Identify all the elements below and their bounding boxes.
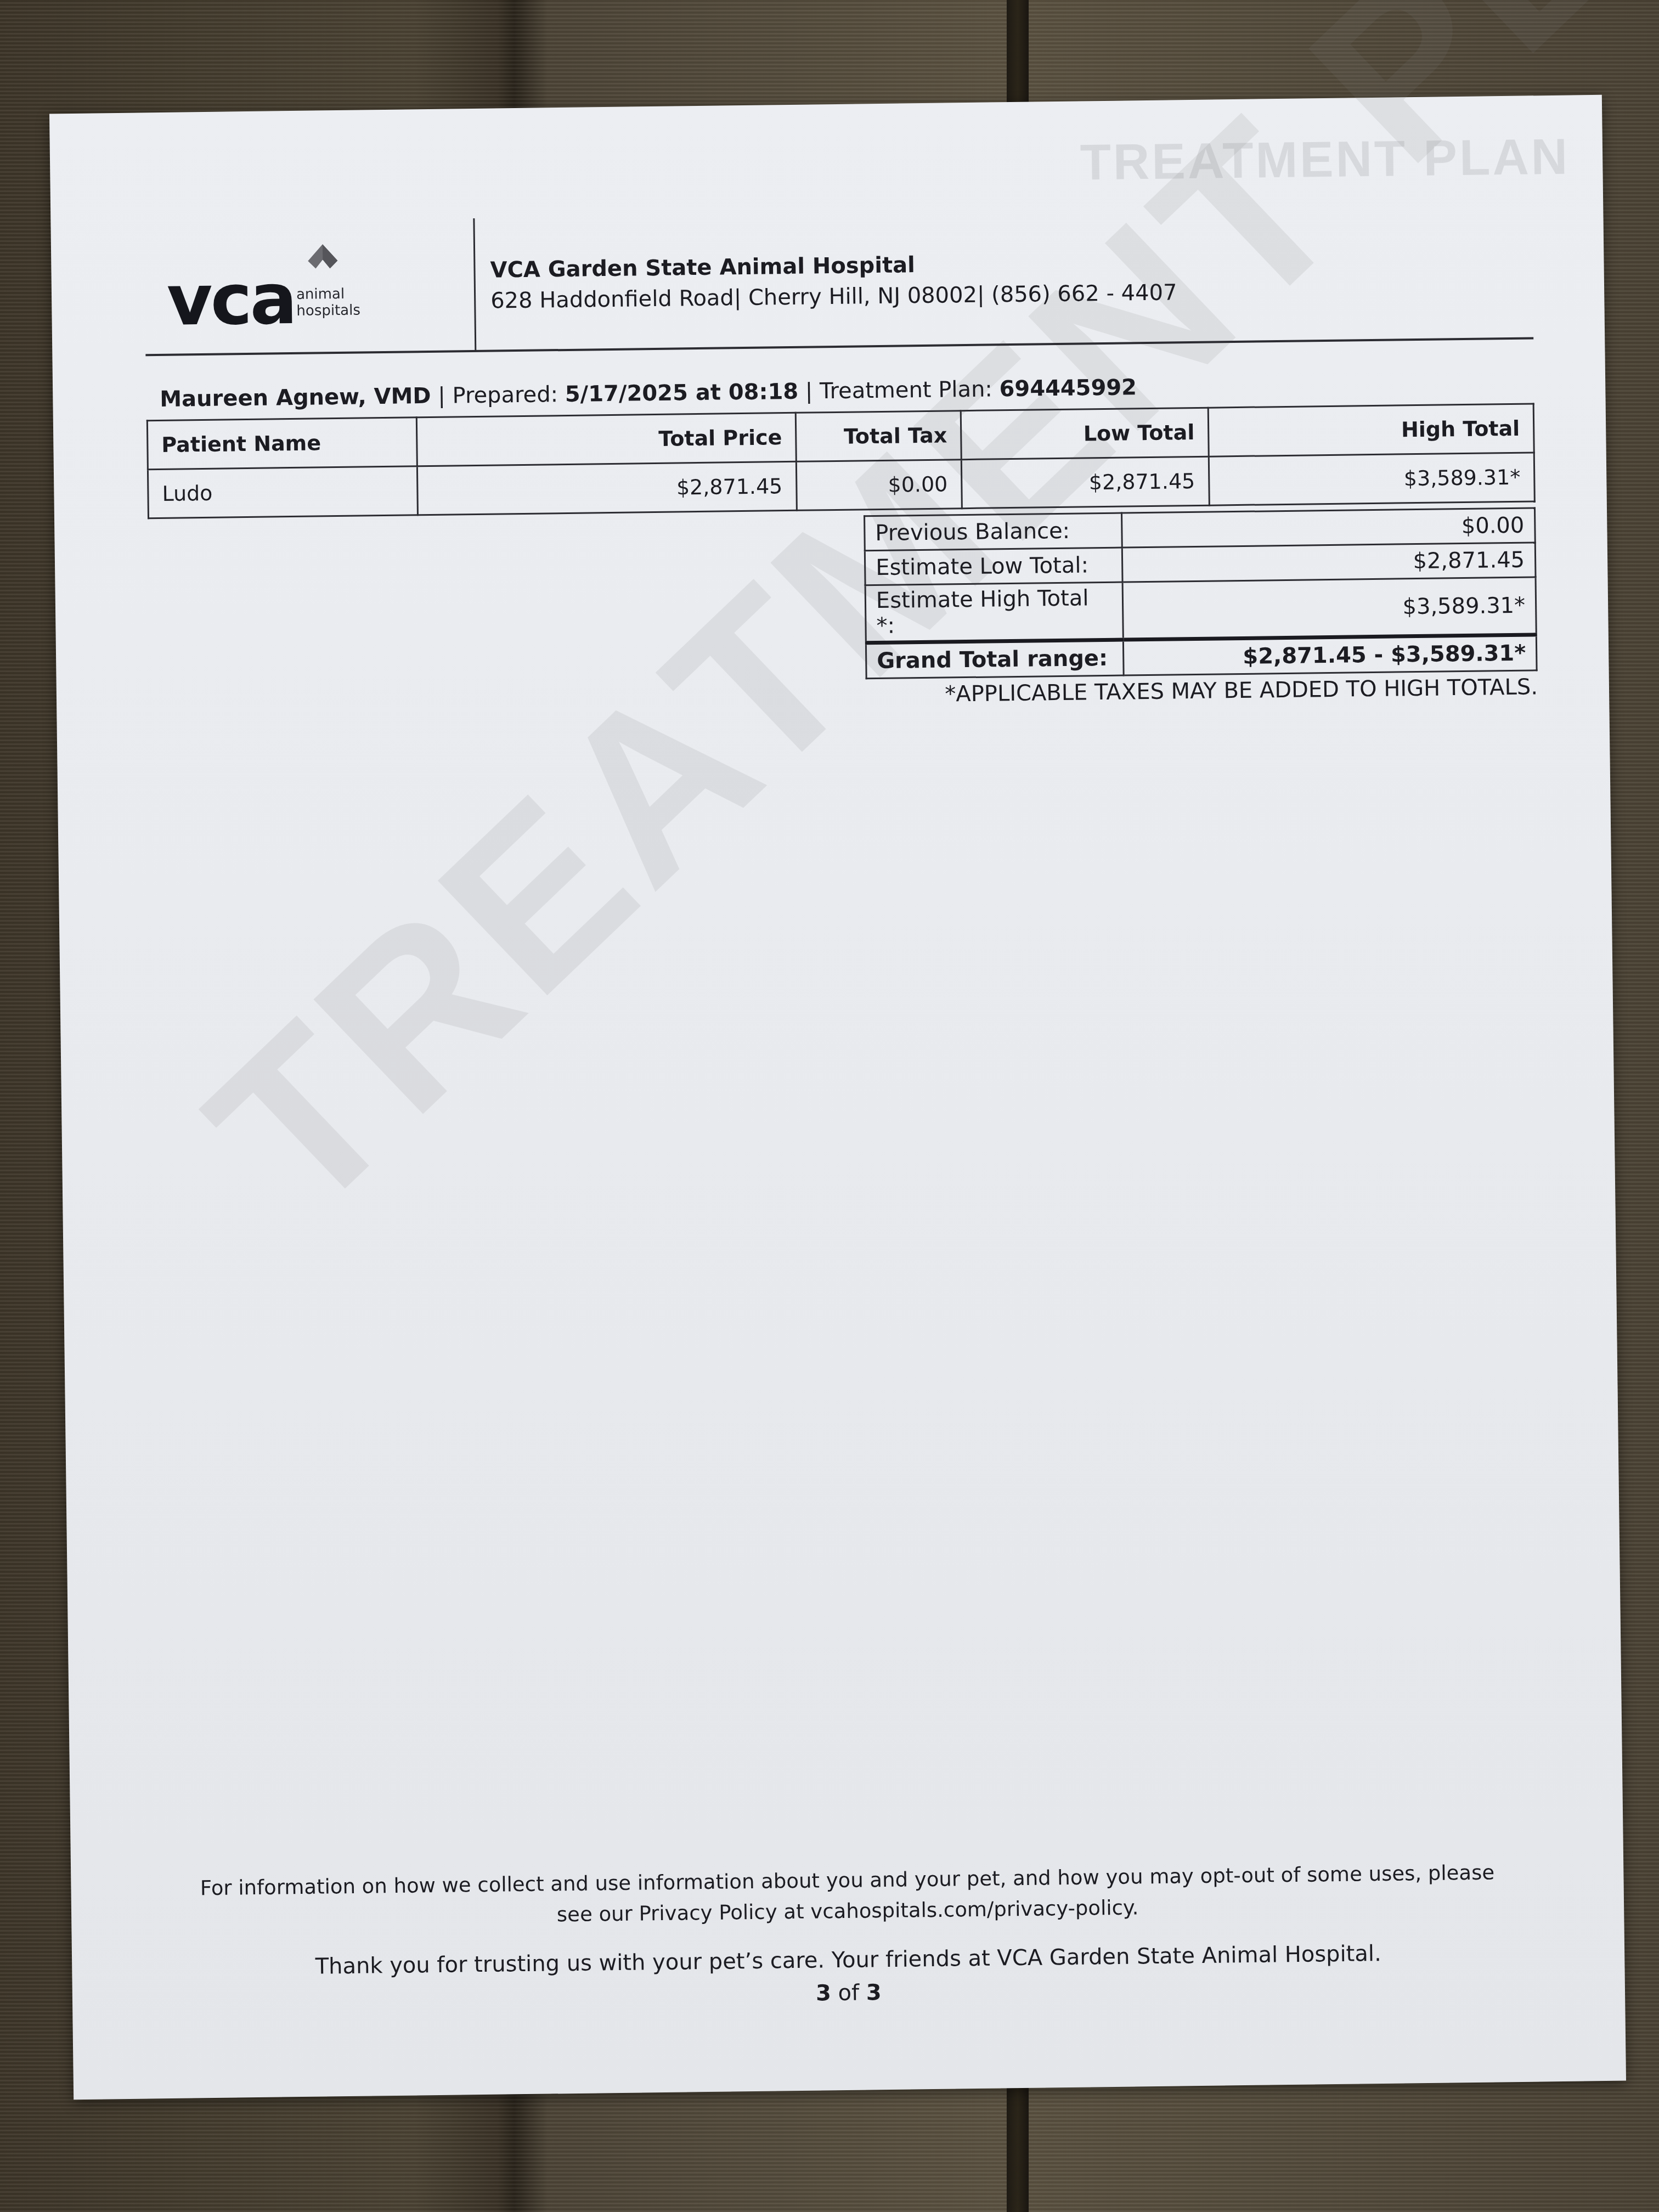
plan-label: | Treatment Plan: bbox=[798, 376, 1000, 404]
cell-total-tax: $0.00 bbox=[796, 460, 962, 511]
col-total-tax: Total Tax bbox=[795, 411, 961, 462]
patient-totals-table: Patient Name Total Price Total Tax Low T… bbox=[146, 403, 1536, 519]
house-roof-icon bbox=[303, 242, 342, 281]
summary-value: $3,589.31* bbox=[1122, 577, 1536, 640]
page-of: of bbox=[831, 1980, 867, 2006]
logo-subtitle: animal hospitals bbox=[296, 286, 360, 319]
logo-line-1: animal bbox=[296, 286, 360, 303]
summary-value: $0.00 bbox=[1122, 508, 1536, 548]
summary-label: Estimate High Total *: bbox=[865, 582, 1123, 643]
cell-total-price: $2,871.45 bbox=[417, 461, 797, 515]
summary-label: Grand Total range: bbox=[866, 640, 1124, 679]
doctor-name: Maureen Agnew, VMD bbox=[160, 383, 431, 412]
summary-table: Previous Balance: $0.00 Estimate Low Tot… bbox=[864, 507, 1538, 679]
col-total-price: Total Price bbox=[416, 413, 796, 466]
privacy-notice: For information on how we collect and us… bbox=[71, 1856, 1624, 1937]
logo-brand: vca bbox=[166, 264, 295, 336]
cell-patient-name: Ludo bbox=[148, 466, 417, 518]
plan-number: 694445992 bbox=[999, 375, 1137, 402]
page-total: 3 bbox=[866, 1980, 882, 2005]
treatment-plan-page: TREATMENT PLAN TREATMENT PLAN vca animal… bbox=[49, 95, 1626, 2100]
col-low-total: Low Total bbox=[961, 408, 1209, 460]
summary-row-grand-total: Grand Total range: $2,871.45 - $3,589.31… bbox=[866, 635, 1537, 679]
cell-low-total: $2,871.45 bbox=[961, 456, 1209, 509]
summary-value: $2,871.45 bbox=[1122, 543, 1536, 582]
logo-line-2: hospitals bbox=[296, 302, 360, 319]
prepared-label: | Prepared: bbox=[431, 382, 565, 409]
header-divider bbox=[473, 218, 476, 350]
vca-logo: vca animal hospitals bbox=[166, 241, 398, 332]
tax-note: *APPLICABLE TAXES MAY BE ADDED TO HIGH T… bbox=[945, 674, 1538, 707]
summary-value: $2,871.45 - $3,589.31* bbox=[1123, 635, 1537, 675]
letterhead: vca animal hospitals VCA Garden State An… bbox=[144, 205, 1533, 356]
hospital-address: 628 Haddonfield Road| Cherry Hill, NJ 08… bbox=[490, 280, 1177, 313]
summary-row-high-total: Estimate High Total *: $3,589.31* bbox=[865, 577, 1536, 643]
hospital-name: VCA Garden State Animal Hospital bbox=[490, 252, 915, 283]
cell-high-total: $3,589.31* bbox=[1209, 453, 1534, 505]
prepared-datetime: 5/17/2025 at 08:18 bbox=[565, 379, 799, 407]
summary-label: Estimate Low Total: bbox=[865, 548, 1122, 585]
summary-label: Previous Balance: bbox=[865, 513, 1122, 551]
page-current: 3 bbox=[816, 1980, 831, 2006]
col-patient-name: Patient Name bbox=[147, 417, 417, 470]
col-high-total: High Total bbox=[1208, 404, 1534, 456]
